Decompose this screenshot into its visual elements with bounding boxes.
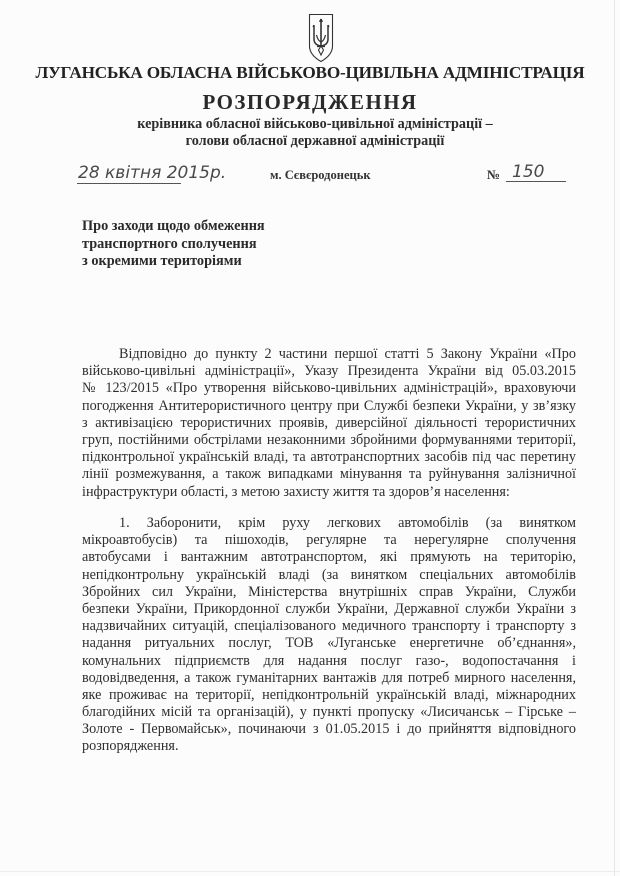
text-line-content: автобусами і вантажним автотранспортом, … bbox=[82, 549, 576, 566]
city-name: м. Сєвєродонецьк bbox=[270, 168, 371, 183]
text-line-content: надзвичайних ситуацій, спеціалізованого … bbox=[82, 618, 576, 635]
text-line: лінії розмежування, а також випадками мі… bbox=[82, 466, 576, 483]
document-page: ЛУГАНСЬКА ОБЛАСНА ВІЙСЬКОВО-ЦИВІЛЬНА АДМ… bbox=[0, 0, 620, 876]
text-line-content: розпорядження. bbox=[82, 738, 576, 755]
preamble-paragraph: Відповідно до пункту 2 частини першої ст… bbox=[82, 346, 576, 501]
text-line-content: з активізацією терористичних проявів, ди… bbox=[82, 415, 576, 432]
text-line: непідконтрольну українській владі (за ви… bbox=[82, 567, 576, 584]
text-line-content: 1. Заборонити, крім руху легкових автомо… bbox=[119, 515, 576, 532]
text-line-content: військово-цивільні адміністрації», Указу… bbox=[82, 363, 576, 380]
document-subject: Про заходи щодо обмеження транспортного … bbox=[82, 218, 265, 271]
text-line: з активізацією терористичних проявів, ди… bbox=[82, 415, 576, 432]
text-line-content: Відповідно до пункту 2 частини першої ст… bbox=[119, 346, 576, 363]
text-line-content: водовідведення, а також гуманітарних ван… bbox=[82, 670, 576, 687]
text-line: розпорядження. bbox=[82, 738, 576, 755]
text-line: автобусами і вантажним автотранспортом, … bbox=[82, 549, 576, 566]
text-line-content: Збройних сил України, Міністерства внутр… bbox=[82, 584, 576, 601]
document-type-title: РОЗПОРЯДЖЕННЯ bbox=[0, 90, 620, 115]
text-line-content: комунальних підприємств для надання посл… bbox=[82, 653, 576, 670]
text-line-content: підконтрольної українській владі, та авт… bbox=[82, 449, 576, 466]
text-line: яке проживає на території, непідконтроль… bbox=[82, 687, 576, 704]
issuer-line-1: керівника обласної військово-цивільної а… bbox=[5, 116, 620, 133]
text-line: Золоте - Первомайськ», починаючи з 01.05… bbox=[82, 721, 576, 738]
text-line: безпеки України, Прикордонної служби Укр… bbox=[82, 601, 576, 618]
text-line: комунальних підприємств для надання посл… bbox=[82, 653, 576, 670]
text-line-content: погодження Антитерористичного центру при… bbox=[82, 398, 576, 415]
text-line-content: груп, постійними обстрілами незаконними … bbox=[82, 432, 576, 449]
date-underline bbox=[77, 183, 181, 184]
text-line-content: Золоте - Первомайськ», починаючи з 01.05… bbox=[82, 721, 576, 738]
text-line: благодійних місій та організацій), у пун… bbox=[82, 704, 576, 721]
text-line-content: мікроавтобусів) та пішоходів, регулярне … bbox=[82, 532, 576, 549]
text-line-content: яке проживає на території, непідконтроль… bbox=[82, 687, 576, 704]
subject-line: транспортного сполучення bbox=[82, 236, 265, 254]
issuer-line-2: голови обласної державної адміністрації bbox=[5, 133, 620, 150]
text-line-content: благодійних місій та організацій), у пун… bbox=[82, 704, 576, 721]
text-line: Відповідно до пункту 2 частини першої ст… bbox=[82, 346, 576, 363]
text-line: надання ритуальних послуг, ТОВ «Луганськ… bbox=[82, 635, 576, 652]
handwritten-date: 28 квітня 2015р. bbox=[78, 163, 226, 183]
number-label: № bbox=[487, 167, 500, 183]
text-line: погодження Антитерористичного центру при… bbox=[82, 398, 576, 415]
scan-edge-bottom bbox=[0, 871, 620, 872]
text-line: груп, постійними обстрілами незаконними … bbox=[82, 432, 576, 449]
text-line-content: лінії розмежування, а також випадками мі… bbox=[82, 466, 576, 483]
text-line: військово-цивільні адміністрації», Указу… bbox=[82, 363, 576, 380]
text-line-content: № 123/2015 «Про утворення військово-циві… bbox=[82, 380, 576, 397]
handwritten-order-number: 150 bbox=[512, 162, 544, 182]
text-line: надзвичайних ситуацій, спеціалізованого … bbox=[82, 618, 576, 635]
trident-coat-of-arms-icon bbox=[308, 13, 334, 63]
text-line: 1. Заборонити, крім руху легкових автомо… bbox=[82, 515, 576, 532]
number-underline bbox=[506, 181, 566, 182]
text-line: Збройних сил України, Міністерства внутр… bbox=[82, 584, 576, 601]
text-line-content: надання ритуальних послуг, ТОВ «Луганськ… bbox=[82, 635, 576, 652]
subject-line: з окремими територіями bbox=[82, 253, 265, 271]
text-line-content: непідконтрольну українській владі (за ви… bbox=[82, 567, 576, 584]
text-line-content: безпеки України, Прикордонної служби Укр… bbox=[82, 601, 576, 618]
text-line: мікроавтобусів) та пішоходів, регулярне … bbox=[82, 532, 576, 549]
organization-name: ЛУГАНСЬКА ОБЛАСНА ВІЙСЬКОВО-ЦИВІЛЬНА АДМ… bbox=[0, 63, 620, 83]
text-line-content: інфраструктури області, з метою захисту … bbox=[82, 484, 576, 501]
text-line: водовідведення, а також гуманітарних ван… bbox=[82, 670, 576, 687]
text-line: інфраструктури області, з метою захисту … bbox=[82, 484, 576, 501]
subject-line: Про заходи щодо обмеження bbox=[82, 218, 265, 236]
text-line: № 123/2015 «Про утворення військово-циві… bbox=[82, 380, 576, 397]
text-line: підконтрольної українській владі, та авт… bbox=[82, 449, 576, 466]
order-item-1-paragraph: 1. Заборонити, крім руху легкових автомо… bbox=[82, 515, 576, 756]
